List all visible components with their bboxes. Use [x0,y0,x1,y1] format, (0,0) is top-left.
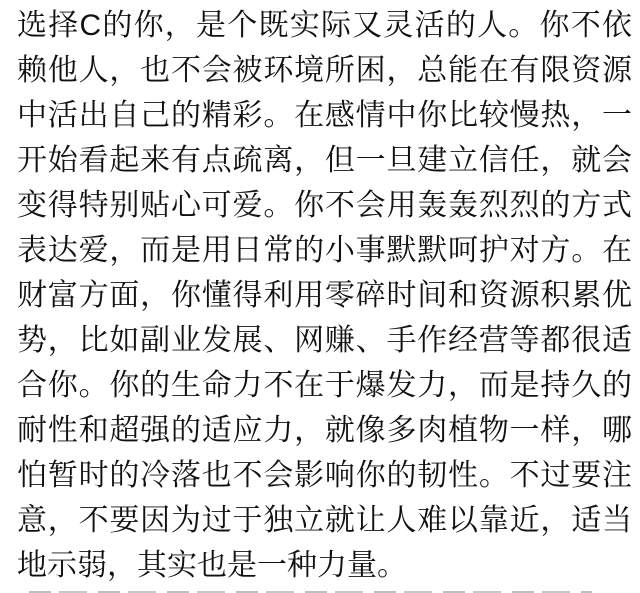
text-line: 势，比如副业发展、网赚、手作经营等都很适 [17,318,632,363]
text-line: 合你。你的生命力不在于爆发力，而是持久的 [17,363,632,408]
text-line: 耐性和超强的适应力，就像多肉植物一样，哪 [17,408,632,453]
text-line: 开始看起来有点疏离，但一旦建立信任，就会 [17,138,632,183]
text-line: 意，不要因为过于独立就让人难以靠近，适当 [17,498,632,543]
text-line: 怕暂时的冷落也不会影响你的韧性。不过要注 [17,453,632,498]
text-line-last: 地示弱，其实也是一种力量。 [17,543,632,588]
text-line: 财富方面，你懂得利用零碎时间和资源积累优 [17,273,632,318]
text-line: 表达爱，而是用日常的小事默默呵护对方。在 [17,228,632,273]
text-line: 中活出自己的精彩。在感情中你比较慢热，一 [17,93,632,138]
text-line: 变得特别贴心可爱。你不会用轰轰烈烈的方式 [17,183,632,228]
text-line: 选择C的你，是个既实际又灵活的人。你不依 [17,3,632,48]
text-line: 赖他人，也不会被环境所困，总能在有限资源 [17,48,632,93]
article-body: 选择C的你，是个既实际又灵活的人。你不依 赖他人，也不会被环境所困，总能在有限资… [0,0,640,593]
